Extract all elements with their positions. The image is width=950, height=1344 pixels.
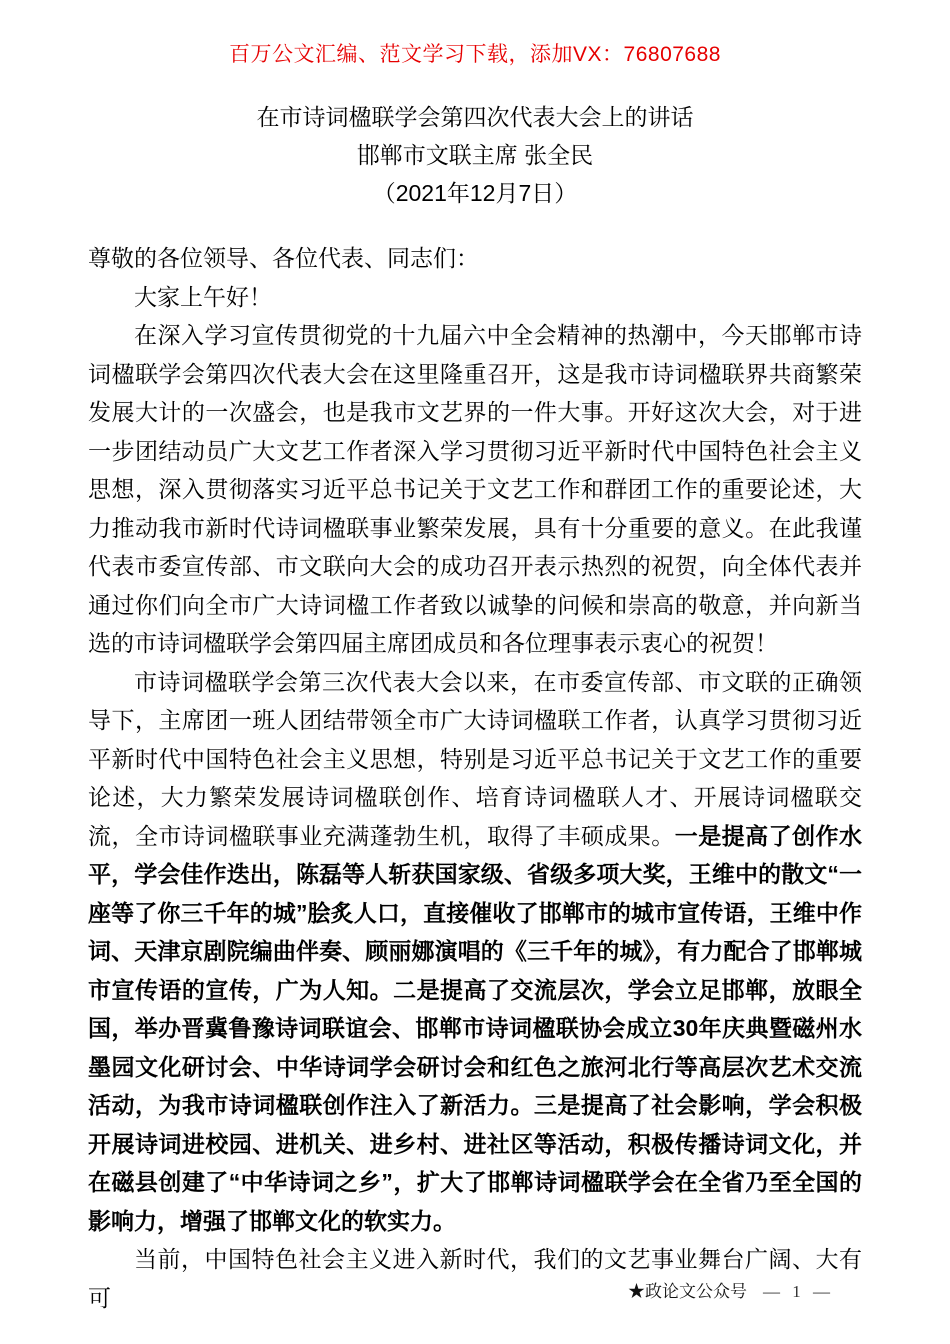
header-ad: 百万公文汇编、范文学习下载，添加VX：76807688 xyxy=(0,0,950,68)
page-number: — 1 — xyxy=(763,1282,834,1301)
paragraph: 市诗词楹联学会第三次代表大会以来，在市委宣传部、市文联的正确领导下，主席团一班人… xyxy=(88,663,862,1241)
document-page: 百万公文汇编、范文学习下载，添加VX：76807688 在市诗词楹联学会第四次代… xyxy=(0,0,950,1344)
paragraph: 尊敬的各位领导、各位代表、同志们： xyxy=(88,239,862,278)
document-body: 尊敬的各位领导、各位代表、同志们：大家上午好！在深入学习宣传贯彻党的十九届六中全… xyxy=(88,239,862,1317)
text-run: 大家上午好！ xyxy=(134,284,272,310)
date-line: （2021年12月7日） xyxy=(0,174,950,212)
text-run: 在深入学习宣传贯彻党的十九届六中全会精神的热潮中，今天邯郸市诗词楹联学会第四次代… xyxy=(88,322,862,656)
text-run: 市诗词楹联学会第三次代表大会以来，在市委宣传部、市文联的正确领导下，主席团一班人… xyxy=(88,669,862,849)
bold-text-run: 一是提高了创作水平，学会佳作迭出，陈磊等人斩获国家级、省级多项大奖，王维中的散文… xyxy=(88,823,862,1234)
paragraph: 大家上午好！ xyxy=(88,278,862,317)
text-run: 尊敬的各位领导、各位代表、同志们： xyxy=(88,245,479,271)
paragraph: 当前，中国特色社会主义进入新时代，我们的文艺事业舞台广阔、大有可 xyxy=(88,1240,862,1317)
page-footer: ★政论文公众号— 1 — xyxy=(628,1281,834,1303)
document-title: 在市诗词楹联学会第四次代表大会上的讲话 xyxy=(0,98,950,136)
paragraph: 在深入学习宣传贯彻党的十九届六中全会精神的热潮中，今天邯郸市诗词楹联学会第四次代… xyxy=(88,316,862,663)
footer-brand: ★政论文公众号 xyxy=(628,1282,747,1301)
author-line: 邯郸市文联主席 张全民 xyxy=(0,136,950,174)
title-block: 在市诗词楹联学会第四次代表大会上的讲话 邯郸市文联主席 张全民 （2021年12… xyxy=(0,98,950,212)
